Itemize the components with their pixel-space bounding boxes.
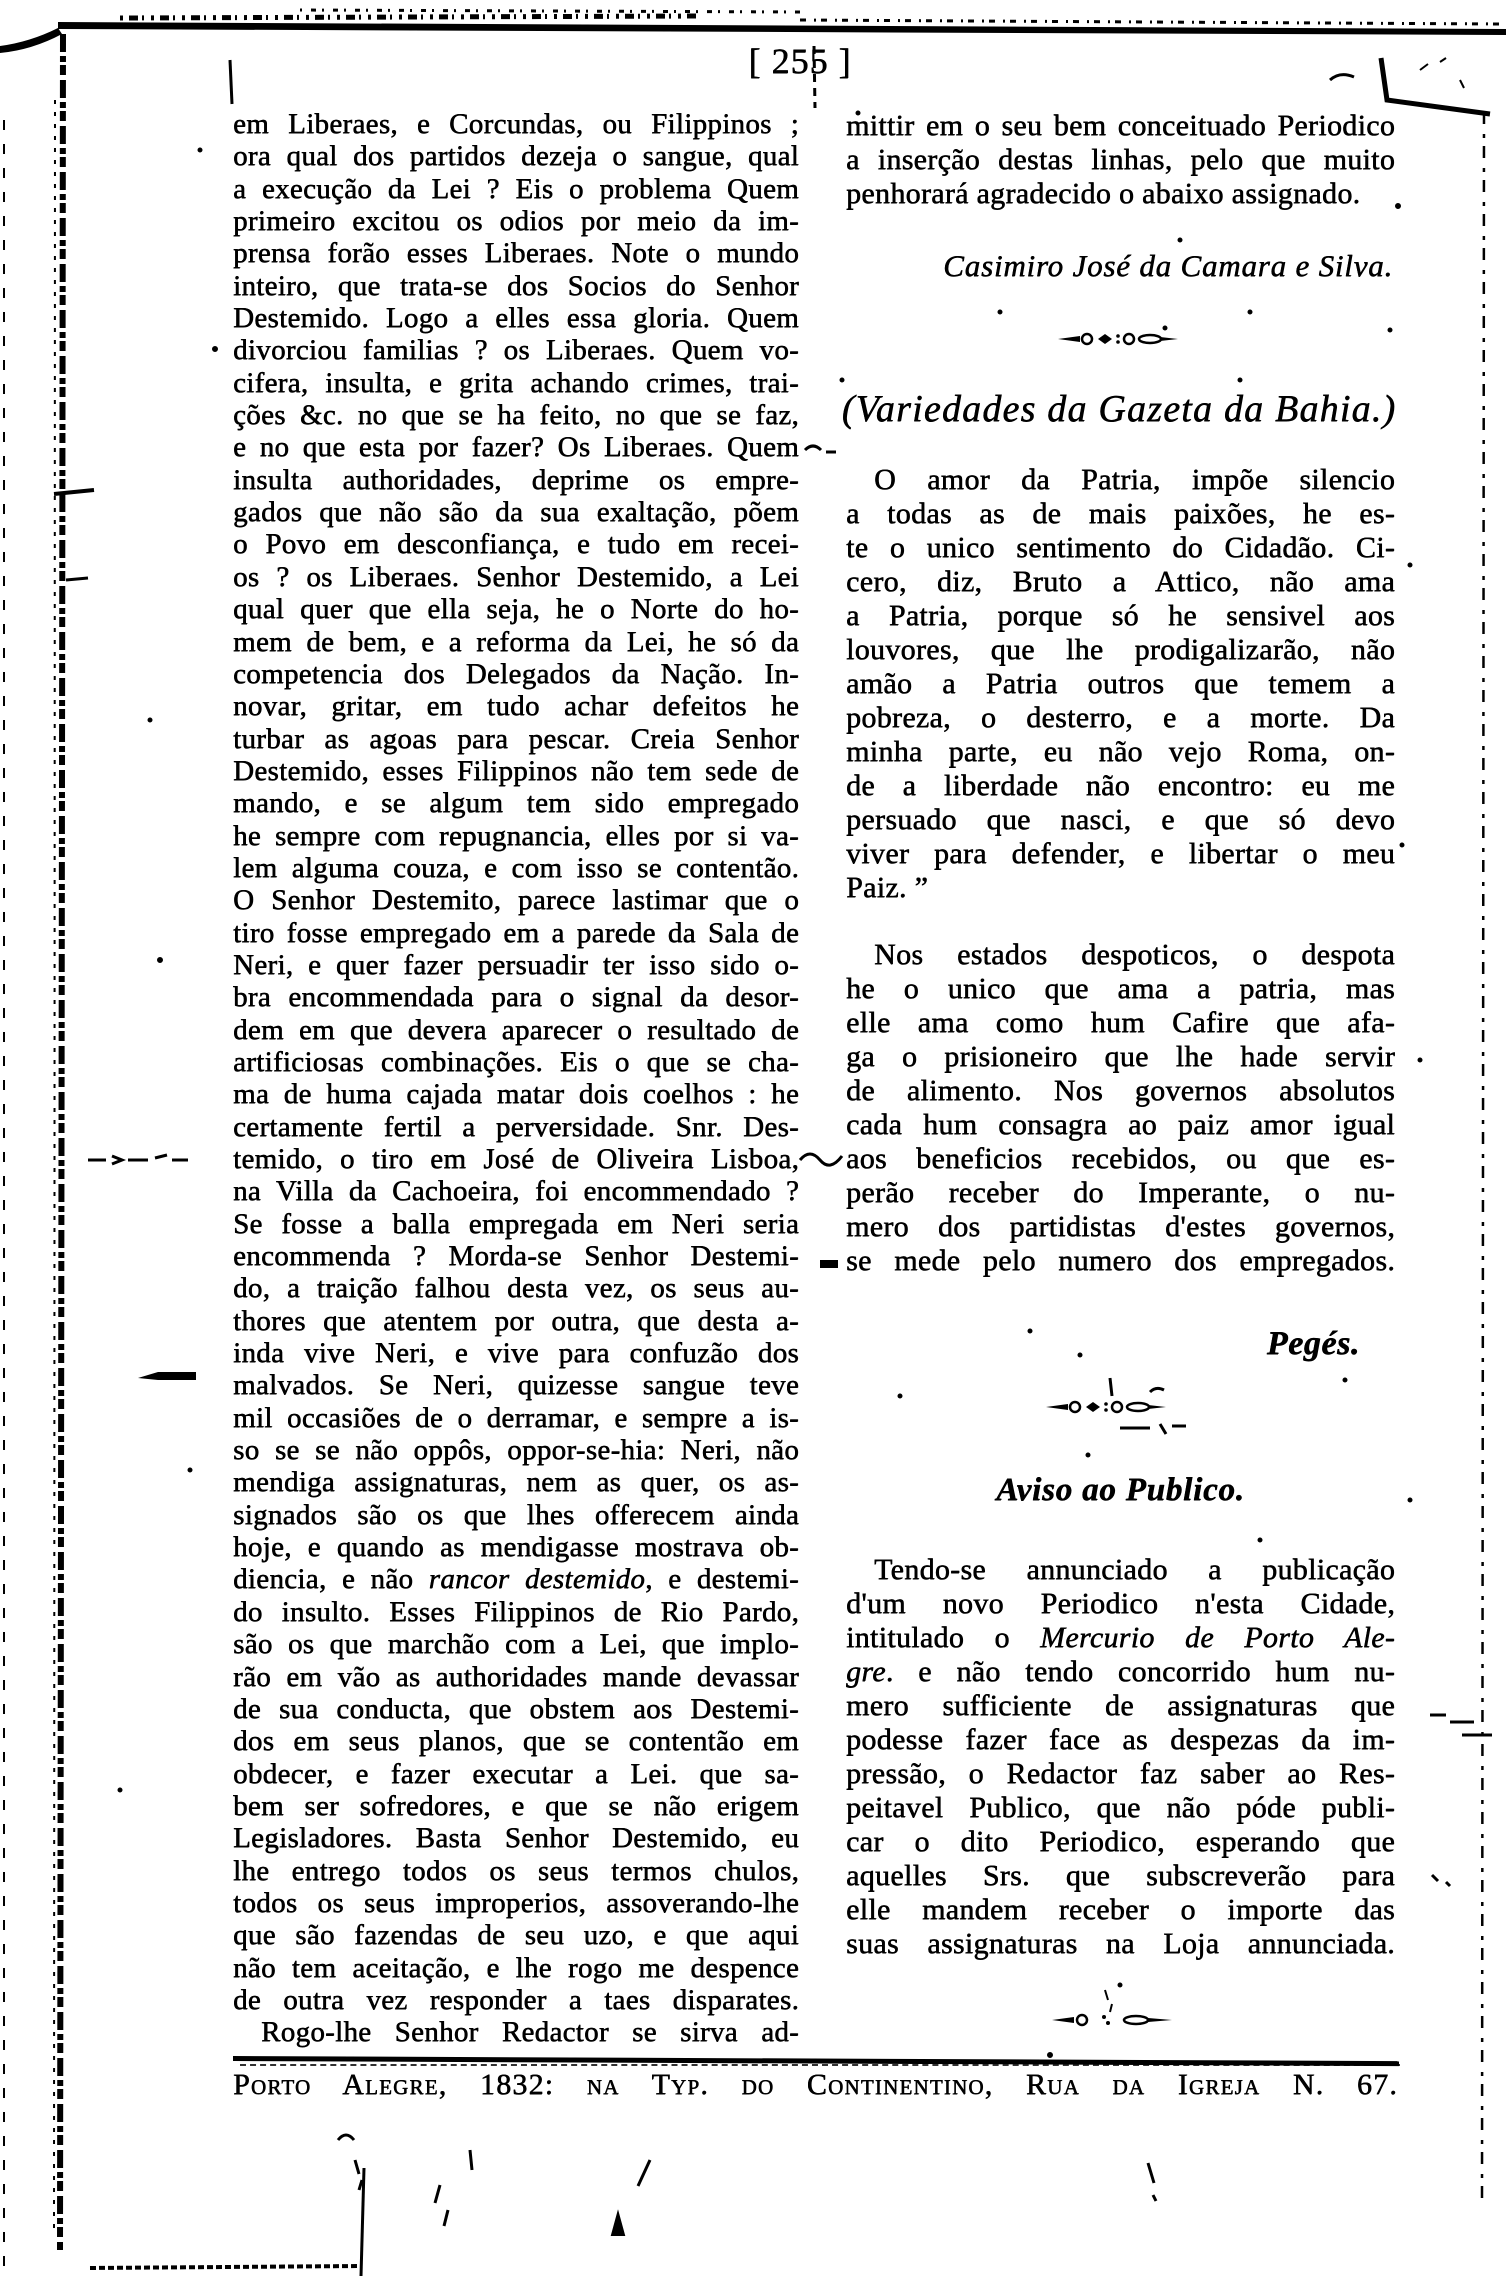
text-line: insulta authoridades, deprime os empre- <box>233 464 799 496</box>
text-line: mando, e se algum tem sido empregado <box>233 787 799 819</box>
aviso-paragraph: Tendo-se annunciado a publicação d'um no… <box>846 1553 1395 1961</box>
text-line: he sempre com repugnancia, elles por si … <box>233 820 799 852</box>
text-line: te o unico sentimento do Cidadão. Ci- <box>846 531 1395 565</box>
text-line: Legisladores. Basta Senhor Destemido, eu <box>233 1822 799 1854</box>
text-line: obdecer, e fazer executar a Lei. que sa- <box>233 1758 799 1790</box>
text-line: signados são os que lhes offerecem ainda <box>233 1499 799 1531</box>
text-line: minha parte, eu não vejo Roma, on- <box>846 735 1395 769</box>
text-line: car o dito Periodico, esperando que <box>846 1825 1395 1859</box>
text-line: inda vive Neri, e vive para confuzão dos <box>233 1337 799 1369</box>
text-line: de sua conducta, que obstem aos Destemi- <box>233 1693 799 1725</box>
text-line: Paiz. ” <box>846 871 1395 905</box>
text-line: pobreza, o desterro, e a morte. Da <box>846 701 1395 735</box>
text-line: a todas as de mais paixões, he es- <box>846 497 1395 531</box>
text-line: encommenda ? Morda-se Senhor Destemi- <box>233 1240 799 1272</box>
text-line: malvados. Se Neri, quizesse sangue teve <box>233 1369 799 1401</box>
text-line: podesse fazer face as despezas da im- <box>846 1723 1395 1757</box>
text-line: Destemido. Logo a elles essa gloria. Que… <box>233 302 799 334</box>
text-line: persuado que nasci, e que só devo <box>846 803 1395 837</box>
text-line: em Liberaes, e Corcundas, ou Filippinos … <box>233 108 799 140</box>
text-line: viver para defender, e libertar o meu <box>846 837 1395 871</box>
text-line: peitavel Publico, que não póde publi- <box>846 1791 1395 1825</box>
text-line: mero sufficiente de assignaturas que <box>846 1689 1395 1723</box>
text-line: intitulado o Mercurio de Porto Ale- <box>846 1621 1395 1655</box>
variedades-signature: Pegés. <box>846 1322 1360 1366</box>
text-line: dos em seus planos, que se contentão em <box>233 1725 799 1757</box>
text-line: do, a traição falhou desta vez, os seus … <box>233 1272 799 1304</box>
text-line: prensa forão esses Liberaes. Note o mund… <box>233 237 799 269</box>
printer-imprint: Porto Alegre, 1832: na Typ. do Continent… <box>233 2066 1398 2104</box>
text-line: são os que marchão com a Lei, que implo- <box>233 1628 799 1660</box>
text-line: bem ser sofredores, e que se não erigem <box>233 1790 799 1822</box>
text-line: elle mandem receber o importe das <box>846 1893 1395 1927</box>
text-line: artificiosas combinações. Eis o que se c… <box>233 1046 799 1078</box>
letter-signature: Casimiro José da Camara e Silva. <box>846 248 1393 284</box>
text-line: cifera, insulta, e grita achando crimes,… <box>233 367 799 399</box>
text-line: thores que atentem por outra, que desta … <box>233 1305 799 1337</box>
text-line: gre. e não tendo concorrido hum nu- <box>846 1655 1395 1689</box>
text-line: Rogo-lhe Senhor Redactor se sirva ad- <box>233 2016 799 2048</box>
text-line: de a liberdade não encontro: eu me <box>846 769 1395 803</box>
text-line: lhe entrego todos os seus termos chulos, <box>233 1855 799 1887</box>
text-line: e no que esta por fazer? Os Liberaes. Qu… <box>233 431 799 463</box>
text-line: de outra vez responder a taes disparates… <box>233 1984 799 2016</box>
text-line: perão receber do Imperante, o nu- <box>846 1176 1395 1210</box>
text-line: competencia dos Delegados da Nação. In- <box>233 658 799 690</box>
text-line: de alimento. Nos governos absolutos <box>846 1074 1395 1108</box>
text-line: Neri, e quer fazer persuadir ter isso si… <box>233 949 799 981</box>
text-line: mendiga assignaturas, nem as quer, os as… <box>233 1466 799 1498</box>
text-line: primeiro excitou os odios por meio da im… <box>233 205 799 237</box>
text-line: não tem aceitação, e lhe rogo me despenc… <box>233 1952 799 1984</box>
text-line: mem de bem, e a reforma da Lei, he só da <box>233 626 799 658</box>
text-line: a execução da Lei ? Eis o problema Quem <box>233 173 799 205</box>
text-line: os ? os Liberaes. Senhor Destemido, a Le… <box>233 561 799 593</box>
text-line: mil occasiões de o derramar, e sempre a … <box>233 1402 799 1434</box>
variedades-paragraph-1: O amor da Patria, impõe silencio a todas… <box>846 463 1395 905</box>
text-segment: diencia, e não <box>233 1563 429 1595</box>
text-line: so se se não oppôs, oppor-se-hia: Neri, … <box>233 1434 799 1466</box>
text-line: penhorará agradecido o abaixo assignado. <box>846 177 1395 211</box>
section-heading-aviso: Aviso ao Publico. <box>846 1468 1395 1512</box>
text-line: O Senhor Destemito, parece lastimar que … <box>233 884 799 916</box>
text-line: diencia, e não rancor destemido, e deste… <box>233 1563 799 1595</box>
text-line: amão a Patria outros que temem a <box>846 667 1395 701</box>
text-line: ções &c. no que se ha feito, no que se f… <box>233 399 799 431</box>
variedades-paragraph-2: Nos estados despoticos, o despota he o u… <box>846 938 1395 1278</box>
text-line: gados que não são da sua exaltação, põem <box>233 496 799 528</box>
periodical-title: Mercurio de Porto Ale- <box>1040 1621 1395 1654</box>
text-line: novar, gritar, em tudo achar defeitos he <box>233 690 799 722</box>
text-line: he o unico que ama a patria, mas <box>846 972 1395 1006</box>
text-line: Nos estados despoticos, o despota <box>846 938 1395 972</box>
text-line: inteiro, que trata-se dos Socios do Senh… <box>233 270 799 302</box>
text-line: a Patria, porque só he sensivel aos <box>846 599 1395 633</box>
text-line: tiro fosse empregado em a parede da Sala… <box>233 917 799 949</box>
text-segment: . e não tendo concorrido hum nu- <box>886 1655 1395 1688</box>
text-line: cero, diz, Bruto a Attico, não ama <box>846 565 1395 599</box>
text-line: aos beneficios recebidos, ou que es- <box>846 1142 1395 1176</box>
text-line: certamente fertil a perversidade. Snr. D… <box>233 1111 799 1143</box>
text-line: mero dos partidistas d'estes governos, <box>846 1210 1395 1244</box>
text-line: lem alguma couza, e com isso se contentã… <box>233 852 799 884</box>
text-line: na Villa da Cachoeira, foi encommendado … <box>233 1175 799 1207</box>
page-number: [ 255 ] <box>700 40 900 82</box>
text-segment: , e destemi- <box>645 1563 799 1595</box>
text-line: hoje, e quando as mendigasse mostrava ob… <box>233 1531 799 1563</box>
text-line: cada hum consagra ao paiz amor igual <box>846 1108 1395 1142</box>
text-line: mittir em o seu bem conceituado Periodic… <box>846 109 1395 143</box>
text-line: turbar as agoas para pescar. Creia Senho… <box>233 723 799 755</box>
text-line: divorciou familias ? os Liberaes. Quem v… <box>233 334 799 366</box>
text-line: Se fosse a balla empregada em Neri seria <box>233 1208 799 1240</box>
text-line: aquelles Srs. que subscreverão para <box>846 1859 1395 1893</box>
bottom-corner-marks <box>90 2135 1156 2276</box>
text-line: Destemido, esses Filippinos não tem sede… <box>233 755 799 787</box>
text-line: qual quer que ella seja, he o Norte do h… <box>233 593 799 625</box>
text-segment: intitulado o <box>846 1621 1040 1654</box>
text-line: do insulto. Esses Filippinos de Rio Pard… <box>233 1596 799 1628</box>
text-line: louvores, que lhe prodigalizarão, não <box>846 633 1395 667</box>
text-line: ma de huma cajada matar dois coelhos : h… <box>233 1078 799 1110</box>
text-line: ora qual dos partidos dezeja o sangue, q… <box>233 140 799 172</box>
fleuron-icon <box>1052 2012 1172 2028</box>
text-line: bra encommendada para o signal da desor- <box>233 981 799 1013</box>
text-line: todos os seus improperios, assoverando-l… <box>233 1887 799 1919</box>
text-line: O amor da Patria, impõe silencio <box>846 463 1395 497</box>
text-line: suas assignaturas na Loja annunciada. <box>846 1927 1395 1961</box>
text-line: se mede pelo numero dos empregados. <box>846 1244 1395 1278</box>
periodical-title: gre <box>846 1655 886 1688</box>
italic-phrase: rancor destemido <box>429 1563 645 1595</box>
section-heading-variedades: (Variedades da Gazeta da Bahia.) <box>840 386 1398 432</box>
text-line: temido, o tiro em José de Oliveira Lisbo… <box>233 1143 799 1175</box>
page-border-left <box>4 34 63 2278</box>
text-line: pressão, o Redactor faz saber ao Res- <box>846 1757 1395 1791</box>
text-line: d'um novo Periodico n'esta Cidade, <box>846 1587 1395 1621</box>
text-line: Tendo-se annunciado a publicação <box>846 1553 1395 1587</box>
fleuron-icon <box>1046 1399 1166 1415</box>
text-line: elle ama como hum Cafire que afa- <box>846 1006 1395 1040</box>
text-line: o Povo em desconfiança, e tudo em recei- <box>233 528 799 560</box>
letter-closing: mittir em o seu bem conceituado Periodic… <box>846 109 1395 211</box>
text-line: rão em vão as authoridades mande devassa… <box>233 1661 799 1693</box>
text-line: ga o prisioneiro que lhe hade servir <box>846 1040 1395 1074</box>
fleuron-icon <box>1058 331 1178 347</box>
text-line: que são fazendas de seu uzo, e que aqui <box>233 1919 799 1951</box>
left-column: em Liberaes, e Corcundas, ou Filippinos … <box>233 108 799 2049</box>
text-line: a inserção destas linhas, pelo que muito <box>846 143 1395 177</box>
text-line: dem em que devera aparecer o resultado d… <box>233 1014 799 1046</box>
